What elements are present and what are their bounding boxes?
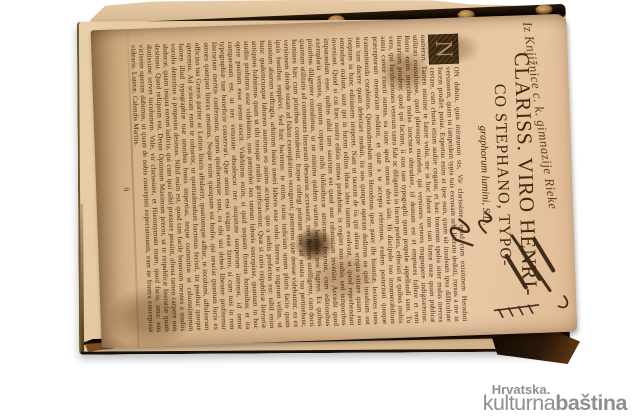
book-photograph: Iz Knjižnice c. k. gimnazije Rieke CLARI… (0, 0, 633, 420)
body-text: ON dubito, quin miraturum sis, Vir clari… (129, 35, 469, 333)
watermark: Hrvatska. kulturnabaština (483, 385, 627, 412)
dedication-body: NON dubito, quin miraturum sis, Vir clar… (107, 34, 469, 334)
page-content-rotated: Iz Knjižnice c. k. gimnazije Rieke CLARI… (91, 14, 578, 348)
ornamental-initial: N (428, 34, 459, 65)
dedication-title: CLARISS. VIRO HENRI- CO STEPHANO, TYPO- … (473, 15, 543, 335)
watermark-line-2: kulturnabaština (483, 395, 627, 412)
title-page: Iz Knjižnice c. k. gimnazije Rieke CLARI… (91, 14, 578, 348)
